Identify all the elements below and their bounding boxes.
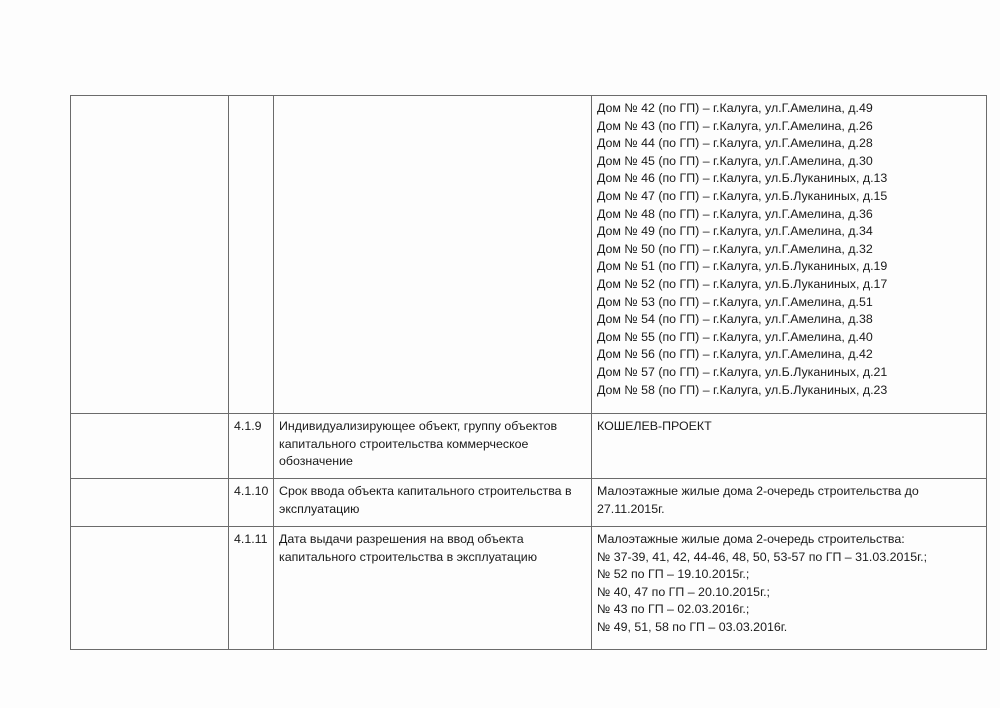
house-item: Дом № 45 (по ГП) – г.Калуга, ул.Г.Амелин… bbox=[597, 153, 981, 171]
value-line: КОШЕЛЕВ-ПРОЕКТ bbox=[597, 418, 981, 436]
row-value: КОШЕЛЕВ-ПРОЕКТ bbox=[592, 414, 987, 479]
table-row-houses-list: Дом № 42 (по ГП) – г.Калуга, ул.Г.Амелин… bbox=[71, 96, 987, 414]
value-line: № 52 по ГП – 19.10.2015г.; bbox=[597, 566, 981, 584]
property-info-table: Дом № 42 (по ГП) – г.Калуга, ул.Г.Амелин… bbox=[70, 95, 987, 650]
value-line: № 49, 51, 58 по ГП – 03.03.2016г. bbox=[597, 619, 981, 637]
row-code: 4.1.10 bbox=[229, 479, 274, 527]
section-cell bbox=[71, 96, 229, 414]
row-label: Индивидуализирующее объект, группу объек… bbox=[274, 414, 592, 479]
section-cell bbox=[71, 414, 229, 479]
house-item: Дом № 55 (по ГП) – г.Калуга, ул.Г.Амелин… bbox=[597, 329, 981, 347]
row-label: Дата выдачи разрешения на ввод объекта к… bbox=[274, 527, 592, 650]
house-item: Дом № 48 (по ГП) – г.Калуга, ул.Г.Амелин… bbox=[597, 206, 981, 224]
table-row-4-1-9: 4.1.9 Индивидуализирующее объект, группу… bbox=[71, 414, 987, 479]
row-code: 4.1.11 bbox=[229, 527, 274, 650]
row-value: Малоэтажные жилые дома 2-очередь строите… bbox=[592, 527, 987, 650]
row-value: Малоэтажные жилые дома 2-очередь строите… bbox=[592, 479, 987, 527]
house-item: Дом № 54 (по ГП) – г.Калуга, ул.Г.Амелин… bbox=[597, 311, 981, 329]
house-item: Дом № 51 (по ГП) – г.Калуга, ул.Б.Лукани… bbox=[597, 258, 981, 276]
section-cell bbox=[71, 527, 229, 650]
row-code: 4.1.9 bbox=[229, 414, 274, 479]
house-item: Дом № 52 (по ГП) – г.Калуга, ул.Б.Лукани… bbox=[597, 276, 981, 294]
house-item: Дом № 58 (по ГП) – г.Калуга, ул.Б.Лукани… bbox=[597, 382, 981, 400]
section-cell bbox=[71, 479, 229, 527]
house-item: Дом № 53 (по ГП) – г.Калуга, ул.Г.Амелин… bbox=[597, 294, 981, 312]
code-cell bbox=[229, 96, 274, 414]
value-line: № 37-39, 41, 42, 44-46, 48, 50, 53-57 по… bbox=[597, 549, 981, 567]
houses-list-cell: Дом № 42 (по ГП) – г.Калуга, ул.Г.Амелин… bbox=[592, 96, 987, 414]
house-item: Дом № 49 (по ГП) – г.Калуга, ул.Г.Амелин… bbox=[597, 223, 981, 241]
table-row-4-1-10: 4.1.10 Срок ввода объекта капитального с… bbox=[71, 479, 987, 527]
table-row-4-1-11: 4.1.11 Дата выдачи разрешения на ввод об… bbox=[71, 527, 987, 650]
value-line: Малоэтажные жилые дома 2-очередь строите… bbox=[597, 531, 981, 549]
house-item: Дом № 42 (по ГП) – г.Калуга, ул.Г.Амелин… bbox=[597, 100, 981, 118]
value-line: № 40, 47 по ГП – 20.10.2015г.; bbox=[597, 584, 981, 602]
house-item: Дом № 47 (по ГП) – г.Калуга, ул.Б.Лукани… bbox=[597, 188, 981, 206]
house-item: Дом № 56 (по ГП) – г.Калуга, ул.Г.Амелин… bbox=[597, 346, 981, 364]
document-page: Дом № 42 (по ГП) – г.Калуга, ул.Г.Амелин… bbox=[0, 0, 1000, 708]
label-cell bbox=[274, 96, 592, 414]
house-item: Дом № 43 (по ГП) – г.Калуга, ул.Г.Амелин… bbox=[597, 118, 981, 136]
house-item: Дом № 46 (по ГП) – г.Калуга, ул.Б.Лукани… bbox=[597, 170, 981, 188]
row-label: Срок ввода объекта капитального строител… bbox=[274, 479, 592, 527]
house-item: Дом № 57 (по ГП) – г.Калуга, ул.Б.Лукани… bbox=[597, 364, 981, 382]
house-item: Дом № 44 (по ГП) – г.Калуга, ул.Г.Амелин… bbox=[597, 135, 981, 153]
house-item: Дом № 50 (по ГП) – г.Калуга, ул.Г.Амелин… bbox=[597, 241, 981, 259]
value-line: № 43 по ГП – 02.03.2016г.; bbox=[597, 601, 981, 619]
